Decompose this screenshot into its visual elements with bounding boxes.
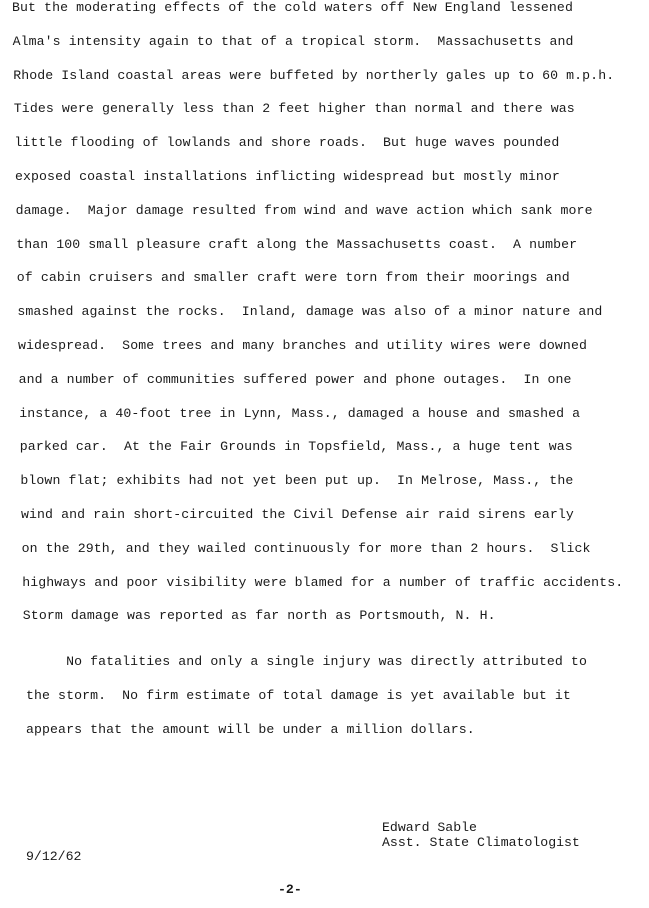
paragraph-1-line: Tides were generally less than 2 feet hi… [14, 101, 575, 116]
paragraph-1-line: blown flat; exhibits had not yet been pu… [20, 473, 573, 488]
paragraph-1-line: on the 29th, and they wailed continuousl… [22, 541, 591, 556]
paragraph-1-line: smashed against the rocks. Inland, damag… [17, 304, 602, 319]
signature-title: Asst. State Climatologist [382, 835, 580, 850]
paragraph-1-line: exposed coastal installations inflicting… [15, 169, 560, 184]
paragraph-1-line: damage. Major damage resulted from wind … [16, 203, 593, 218]
document-date: 9/12/62 [26, 849, 81, 864]
paragraph-1-line: But the moderating effects of the cold w… [12, 0, 573, 15]
paragraph-1-line: parked car. At the Fair Grounds in Topsf… [20, 439, 573, 454]
paragraph-1-line: and a number of communities suffered pow… [19, 372, 572, 387]
paragraph-1-line: Rhode Island coastal areas were buffeted… [13, 68, 614, 83]
paragraph-2-line: No fatalities and only a single injury w… [26, 654, 587, 669]
paragraph-2-line: appears that the amount will be under a … [26, 722, 475, 737]
paragraph-1-line: little flooding of lowlands and shore ro… [14, 135, 559, 150]
signature-name: Edward Sable [382, 820, 477, 835]
paragraph-1-line: highways and poor visibility were blamed… [22, 575, 623, 590]
paragraph-1-line: than 100 small pleasure craft along the … [16, 237, 577, 252]
paragraph-2-line: the storm. No firm estimate of total dam… [26, 688, 571, 703]
page-number: -2- [278, 882, 302, 897]
paragraph-1-line: Storm damage was reported as far north a… [23, 608, 496, 623]
paragraph-1-line: widespread. Some trees and many branches… [18, 338, 587, 353]
paragraph-1-line: instance, a 40-foot tree in Lynn, Mass.,… [19, 406, 580, 421]
paragraph-1-line: wind and rain short-circuited the Civil … [21, 507, 574, 522]
paragraph-1-line: of cabin cruisers and smaller craft were… [17, 270, 570, 285]
paragraph-1-line: Alma's intensity again to that of a trop… [13, 34, 574, 49]
